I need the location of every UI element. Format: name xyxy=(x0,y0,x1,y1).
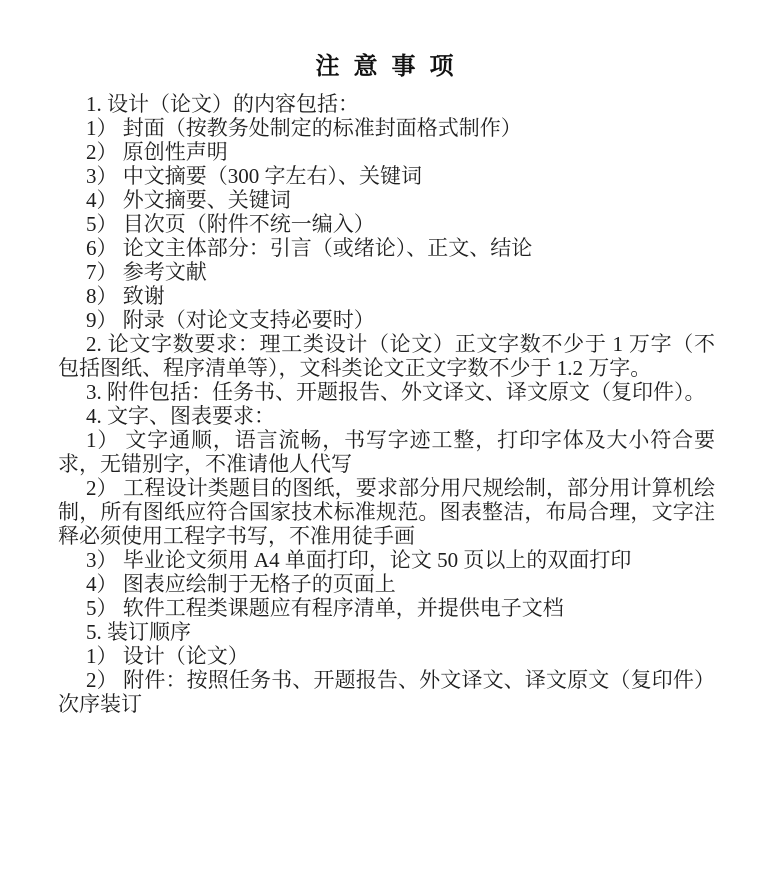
paragraph: 1） 文字通顺，语言流畅，书写字迹工整，打印字体及大小符合要求，无错别字，不准请… xyxy=(58,428,715,476)
paragraph: 2） 原创性声明 xyxy=(58,140,715,164)
paragraph: 5. 装订顺序 xyxy=(58,620,715,644)
paragraph: 3） 中文摘要（300 字左右）、关键词 xyxy=(58,164,715,188)
paragraph: 7） 参考文献 xyxy=(58,260,715,284)
paragraph: 5） 软件工程类课题应有程序清单，并提供电子文档 xyxy=(58,596,715,620)
paragraph: 1） 设计（论文） xyxy=(58,644,715,668)
document-body: 1. 设计（论文）的内容包括：1） 封面（按教务处制定的标准封面格式制作）2） … xyxy=(58,92,715,716)
document-content: 注 意 事 项 1. 设计（论文）的内容包括：1） 封面（按教务处制定的标准封面… xyxy=(0,0,780,716)
paragraph: 5） 目次页（附件不统一编入） xyxy=(58,212,715,236)
paragraph: 3. 附件包括：任务书、开题报告、外文译文、译文原文（复印件）。 xyxy=(58,380,715,404)
document-page: 注 意 事 项 1. 设计（论文）的内容包括：1） 封面（按教务处制定的标准封面… xyxy=(0,0,780,889)
paragraph: 6） 论文主体部分：引言（或绪论）、正文、结论 xyxy=(58,236,715,260)
paragraph: 1. 设计（论文）的内容包括： xyxy=(58,92,715,116)
document-title: 注 意 事 项 xyxy=(58,50,715,84)
paragraph: 2. 论文字数要求：理工类设计（论文）正文字数不少于 1 万字（不包括图纸、程序… xyxy=(58,332,715,380)
paragraph: 8） 致谢 xyxy=(58,284,715,308)
paragraph: 4. 文字、图表要求： xyxy=(58,404,715,428)
paragraph: 2） 附件：按照任务书、开题报告、外文译文、译文原文（复印件）次序装订 xyxy=(58,668,715,716)
paragraph: 1） 封面（按教务处制定的标准封面格式制作） xyxy=(58,116,715,140)
paragraph: 9） 附录（对论文支持必要时） xyxy=(58,308,715,332)
paragraph: 2） 工程设计类题目的图纸，要求部分用尺规绘制，部分用计算机绘制，所有图纸应符合… xyxy=(58,476,715,548)
paragraph: 4） 图表应绘制于无格子的页面上 xyxy=(58,572,715,596)
paragraph: 4） 外文摘要、关键词 xyxy=(58,188,715,212)
paragraph: 3） 毕业论文须用 A4 单面打印，论文 50 页以上的双面打印 xyxy=(58,548,715,572)
